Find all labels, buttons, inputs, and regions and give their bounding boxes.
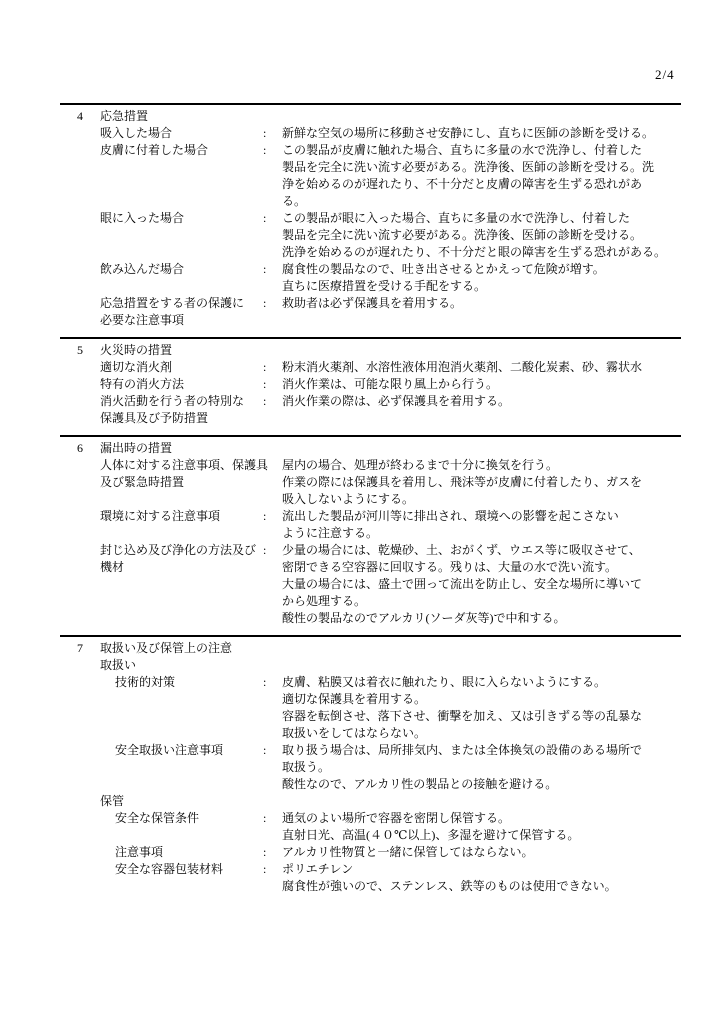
row-colon: : [263, 844, 282, 861]
data-row: 適切な消火剤:粉末消火薬剤、水溶性液体用泡消火薬剤、二酸化炭素、砂、霧状水 [60, 359, 681, 376]
row-label: 安全な保管条件 [115, 810, 263, 827]
row-label: 吸入した場合 [100, 125, 263, 142]
data-row: 安全な保管条件:通気のよい場所で容器を密閉し保管する。 直射日光、高温(４０℃以… [60, 810, 681, 844]
row-colon: : [263, 376, 282, 393]
row-colon: : [263, 457, 282, 474]
row-colon: : [263, 261, 282, 278]
data-row: 環境に対する注意事項:流出した製品が河川等に排出され、環境への影響を起こさない … [60, 508, 681, 542]
row-label: 封じ込め及び浄化の方法及び 機材 [100, 542, 263, 576]
row-label: 消火活動を行う者の特別な 保護具及び予防措置 [100, 393, 263, 427]
data-row: 応急措置をする者の保護に 必要な注意事項:救助者は必ず保護具を着用する。 [60, 295, 681, 329]
row-value: 少量の場合には、乾燥砂、土、おがくず、ウエス等に吸収させて、 密閉できる空容器に… [282, 542, 681, 627]
row-value: 新鮮な空気の場所に移動させ安静にし、直ちに医師の診断を受ける。 [282, 125, 681, 142]
row-label: 応急措置をする者の保護に 必要な注意事項 [100, 295, 263, 329]
row-label: 技術的対策 [115, 674, 263, 691]
row-value: 通気のよい場所で容器を密閉し保管する。 直射日光、高温(４０℃以上)、多湿を避け… [282, 810, 681, 844]
data-row: 吸入した場合:新鮮な空気の場所に移動させ安静にし、直ちに医師の診断を受ける。 [60, 125, 681, 142]
page-number: 2/4 [655, 66, 675, 83]
row-colon: : [263, 359, 282, 376]
section-7: 7取扱い及び保管上の注意取扱い技術的対策:皮膚、粘膜又は着衣に触れたり、眼に入ら… [60, 635, 681, 903]
row-colon: : [263, 508, 282, 525]
row-value: 取り扱う場合は、局所排気内、または全体換気の設備のある場所で 取扱う。 酸性なの… [282, 742, 681, 793]
data-row: 特有の消火方法:消火作業は、可能な限り風上から行う。 [60, 376, 681, 393]
row-label: 皮膚に付着した場合 [100, 142, 263, 159]
row-colon: : [263, 810, 282, 827]
row-label: 特有の消火方法 [100, 376, 263, 393]
data-row: 安全な容器包装材料:ポリエチレン 腐食性が強いので、ステンレス、鉄等のものは使用… [60, 861, 681, 895]
row-group-subheader: 取扱い [100, 657, 681, 674]
section-title: 火災時の措置 [100, 342, 172, 359]
row-label: 飲み込んだ場合 [100, 261, 263, 278]
section-title: 漏出時の措置 [100, 440, 172, 457]
data-row: 安全取扱い注意事項:取り扱う場合は、局所排気内、または全体換気の設備のある場所で… [60, 742, 681, 793]
data-row: 飲み込んだ場合:腐食性の製品なので、吐き出させるとかえって危険が増す。 直ちに医… [60, 261, 681, 295]
section-6: 6漏出時の措置人体に対する注意事項、保護具 及び緊急時措置:屋内の場合、処理が終… [60, 435, 681, 635]
row-colon: : [263, 210, 282, 227]
row-value: アルカリ性物質と一緒に保管してはならない。 [282, 844, 681, 861]
row-value: 皮膚、粘膜又は着衣に触れたり、眼に入らないようにする。 適切な保護具を着用する。… [282, 674, 681, 742]
row-colon: : [263, 542, 282, 559]
row-label: 人体に対する注意事項、保護具 及び緊急時措置 [100, 457, 263, 491]
section-number: 5 [77, 342, 100, 359]
row-colon: : [263, 142, 282, 159]
row-label: 適切な消火剤 [100, 359, 263, 376]
row-label: 安全取扱い注意事項 [115, 742, 263, 759]
section-header: 7取扱い及び保管上の注意 [60, 640, 681, 657]
row-colon: : [263, 393, 282, 410]
row-value: 救助者は必ず保護具を着用する。 [282, 295, 681, 312]
row-colon: : [263, 742, 282, 759]
section-number: 4 [77, 108, 100, 125]
row-value: この製品が皮膚に触れた場合、直ちに多量の水で洗浄し、付着した 製品を完全に洗い流… [282, 142, 681, 210]
row-value: ポリエチレン 腐食性が強いので、ステンレス、鉄等のものは使用できない。 [282, 861, 681, 895]
row-value: 消火作業は、可能な限り風上から行う。 [282, 376, 681, 393]
data-row: 人体に対する注意事項、保護具 及び緊急時措置:屋内の場合、処理が終わるまで十分に… [60, 457, 681, 508]
row-group-subheader: 保管 [100, 793, 681, 810]
section-title: 取扱い及び保管上の注意 [100, 640, 232, 657]
data-row: 技術的対策:皮膚、粘膜又は着衣に触れたり、眼に入らないようにする。 適切な保護具… [60, 674, 681, 742]
row-label: 眼に入った場合 [100, 210, 263, 227]
section-header: 5火災時の措置 [60, 342, 681, 359]
row-value: 流出した製品が河川等に排出され、環境への影響を起こさない ように注意する。 [282, 508, 681, 542]
data-row: 封じ込め及び浄化の方法及び 機材:少量の場合には、乾燥砂、土、おがくず、ウエス等… [60, 542, 681, 627]
sds-document-page: 2/4 4応急措置吸入した場合:新鮮な空気の場所に移動させ安静にし、直ちに医師の… [0, 0, 723, 1024]
section-number: 7 [77, 640, 100, 657]
row-colon: : [263, 861, 282, 878]
row-label: 注意事項 [115, 844, 263, 861]
row-colon: : [263, 125, 282, 142]
data-row: 皮膚に付着した場合:この製品が皮膚に触れた場合、直ちに多量の水で洗浄し、付着した… [60, 142, 681, 210]
row-colon: : [263, 674, 282, 691]
row-value: 屋内の場合、処理が終わるまで十分に換気を行う。 作業の際には保護具を着用し、飛沫… [282, 457, 681, 508]
section-4: 4応急措置吸入した場合:新鮮な空気の場所に移動させ安静にし、直ちに医師の診断を受… [60, 103, 681, 337]
section-header: 6漏出時の措置 [60, 440, 681, 457]
row-value: 粉末消火薬剤、水溶性液体用泡消火薬剤、二酸化炭素、砂、霧状水 [282, 359, 681, 376]
data-row: 注意事項:アルカリ性物質と一緒に保管してはならない。 [60, 844, 681, 861]
data-row: 消火活動を行う者の特別な 保護具及び予防措置:消火作業の際は、必ず保護具を着用す… [60, 393, 681, 427]
section-number: 6 [77, 440, 100, 457]
doc-sections: 4応急措置吸入した場合:新鮮な空気の場所に移動させ安静にし、直ちに医師の診断を受… [60, 103, 681, 903]
section-5: 5火災時の措置適切な消火剤:粉末消火薬剤、水溶性液体用泡消火薬剤、二酸化炭素、砂… [60, 337, 681, 435]
row-label: 安全な容器包装材料 [115, 861, 263, 878]
section-title: 応急措置 [100, 108, 148, 125]
row-colon: : [263, 295, 282, 312]
row-value: この製品が眼に入った場合、直ちに多量の水で洗浄し、付着した 製品を完全に洗い流す… [282, 210, 681, 261]
row-label: 環境に対する注意事項 [100, 508, 263, 525]
data-row: 眼に入った場合:この製品が眼に入った場合、直ちに多量の水で洗浄し、付着した 製品… [60, 210, 681, 261]
row-value: 消火作業の際は、必ず保護具を着用する。 [282, 393, 681, 410]
section-header: 4応急措置 [60, 108, 681, 125]
row-value: 腐食性の製品なので、吐き出させるとかえって危険が増す。 直ちに医療措置を受ける手… [282, 261, 681, 295]
